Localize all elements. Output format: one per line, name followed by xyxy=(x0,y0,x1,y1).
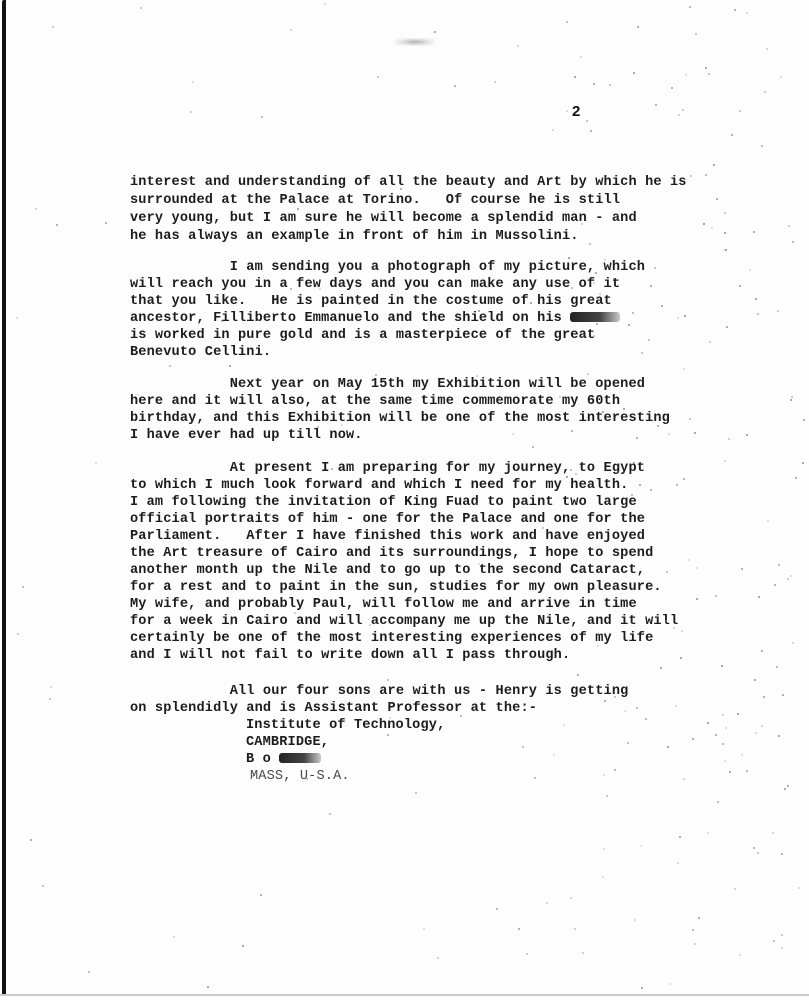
text-line: official portraits of him - one for the … xyxy=(130,511,645,528)
noise-speck xyxy=(776,666,778,668)
noise-speck xyxy=(641,987,643,989)
noise-speck xyxy=(639,484,641,486)
noise-speck xyxy=(728,438,730,440)
noise-speck xyxy=(494,81,496,83)
noise-speck xyxy=(553,754,555,756)
noise-speck xyxy=(671,87,673,89)
smudged-word: breast xyxy=(570,312,620,322)
text-line: the Art treasure of Cairo and its surrou… xyxy=(130,545,653,562)
noise-speck xyxy=(454,85,456,87)
noise-speck xyxy=(269,514,271,516)
noise-speck xyxy=(602,876,604,878)
noise-speck xyxy=(614,769,616,771)
noise-speck xyxy=(52,26,54,28)
text-line-with-smudge: ancestor, Filliberto Emmanuelo and the s… xyxy=(130,310,620,327)
noise-speck xyxy=(648,339,650,341)
noise-speck xyxy=(655,104,657,106)
noise-speck xyxy=(778,735,780,737)
noise-speck xyxy=(781,853,783,855)
text-line: I am sending you a photograph of my pict… xyxy=(130,259,645,276)
page-left-edge-shadow xyxy=(2,0,6,995)
noise-speck xyxy=(290,29,292,31)
noise-speck xyxy=(790,399,792,401)
noise-speck xyxy=(703,223,705,225)
text-line: is worked in pure gold and is a masterpi… xyxy=(130,327,595,344)
address-line-with-smudge: B o ston, xyxy=(246,751,321,768)
noise-speck xyxy=(661,305,663,307)
noise-speck xyxy=(761,145,763,147)
noise-speck xyxy=(777,310,779,312)
noise-speck xyxy=(764,91,766,93)
noise-speck xyxy=(603,774,605,776)
noise-speck xyxy=(757,852,759,854)
noise-speck xyxy=(709,341,711,343)
smudged-word: ston, xyxy=(279,753,321,763)
noise-speck xyxy=(692,738,694,740)
noise-speck xyxy=(534,777,536,779)
noise-speck xyxy=(496,908,498,910)
noise-speck xyxy=(568,257,570,259)
noise-speck xyxy=(778,564,780,566)
text-line: very young, but I am sure he will become… xyxy=(130,210,637,227)
noise-speck xyxy=(792,241,794,243)
noise-speck xyxy=(692,929,694,931)
noise-speck xyxy=(207,986,209,988)
noise-speck xyxy=(689,6,691,8)
text-line: to which I much look forward and which I… xyxy=(130,477,628,494)
noise-speck xyxy=(746,12,748,14)
noise-speck xyxy=(694,432,696,434)
address-line: MASS, U-S.A. xyxy=(250,768,350,785)
noise-speck xyxy=(375,374,377,376)
noise-speck xyxy=(739,954,741,956)
noise-speck xyxy=(681,630,683,632)
noise-speck xyxy=(329,813,331,815)
noise-speck xyxy=(17,633,19,635)
noise-speck xyxy=(734,9,736,11)
noise-speck xyxy=(724,212,726,214)
noise-speck xyxy=(387,679,389,681)
noise-speck xyxy=(654,267,656,269)
noise-speck xyxy=(753,231,755,233)
noise-speck xyxy=(640,845,642,847)
address-line: CAMBRIDGE, xyxy=(246,734,329,751)
text-line: will reach you in a few days and you can… xyxy=(130,276,620,293)
noise-speck xyxy=(715,734,717,736)
noise-speck xyxy=(574,76,576,78)
noise-speck xyxy=(95,462,97,464)
noise-speck xyxy=(734,888,736,890)
noise-speck xyxy=(673,627,675,629)
noise-speck xyxy=(530,302,532,304)
text-line: All our four sons are with us - Henry is… xyxy=(130,683,628,700)
noise-speck xyxy=(532,446,534,448)
text-line: My wife, and probably Paul, will follow … xyxy=(130,596,637,613)
noise-speck xyxy=(713,164,715,166)
noise-speck xyxy=(650,285,652,287)
noise-speck xyxy=(755,732,757,734)
noise-speck xyxy=(546,902,548,904)
noise-speck xyxy=(731,134,733,136)
noise-speck xyxy=(229,365,231,367)
noise-speck xyxy=(190,111,192,113)
noise-speck xyxy=(698,917,700,919)
noise-speck xyxy=(717,801,719,803)
noise-speck xyxy=(684,315,686,317)
noise-speck xyxy=(609,84,611,86)
noise-speck xyxy=(377,76,379,78)
noise-speck xyxy=(716,198,718,200)
noise-speck xyxy=(774,584,776,586)
ink-smudge xyxy=(395,38,435,46)
noise-speck xyxy=(741,754,743,756)
noise-speck xyxy=(628,324,630,326)
noise-speck xyxy=(685,74,687,76)
noise-speck xyxy=(688,559,690,561)
text-line: interest and understanding of all the be… xyxy=(130,174,687,191)
text-line: for a week in Cairo and will accompany m… xyxy=(130,613,678,630)
noise-speck xyxy=(261,116,263,118)
noise-speck xyxy=(754,679,756,681)
noise-speck xyxy=(624,710,626,712)
document-page: 2 interest and understanding of all the … xyxy=(0,0,809,1000)
noise-speck xyxy=(627,742,629,744)
noise-speck xyxy=(50,686,52,688)
noise-speck xyxy=(788,225,790,227)
noise-speck xyxy=(795,477,797,479)
noise-speck xyxy=(722,714,724,716)
noise-speck xyxy=(683,478,685,480)
noise-speck xyxy=(757,313,759,315)
noise-speck xyxy=(668,433,670,435)
noise-speck xyxy=(522,746,524,748)
noise-speck xyxy=(682,109,684,111)
noise-speck xyxy=(517,45,519,47)
noise-speck xyxy=(782,694,784,696)
noise-speck xyxy=(631,494,633,496)
noise-speck xyxy=(696,598,698,600)
noise-speck xyxy=(696,567,698,569)
noise-speck xyxy=(636,707,638,709)
noise-speck xyxy=(49,698,51,700)
text-line: another month up the Nile and to go up t… xyxy=(130,562,645,579)
noise-speck xyxy=(437,957,439,959)
noise-speck xyxy=(683,778,685,780)
noise-speck xyxy=(140,7,142,9)
text-line: Benevuto Cellini. xyxy=(130,344,271,361)
noise-speck xyxy=(606,795,608,797)
noise-speck xyxy=(632,312,634,314)
noise-speck xyxy=(725,727,727,729)
noise-speck xyxy=(724,232,726,234)
noise-speck xyxy=(690,175,692,177)
noise-speck xyxy=(694,943,696,945)
text-fragment: B o xyxy=(246,752,279,767)
noise-speck xyxy=(476,375,478,377)
noise-speck xyxy=(781,934,783,936)
text-fragment: ancestor, Filliberto Emmanuelo and the s… xyxy=(130,311,562,326)
noise-speck xyxy=(512,433,514,435)
noise-speck xyxy=(593,83,595,85)
noise-speck xyxy=(787,785,789,787)
noise-speck xyxy=(739,285,741,287)
noise-speck xyxy=(518,928,520,930)
noise-speck xyxy=(324,3,326,5)
noise-speck xyxy=(641,352,643,354)
text-line: Parliament. After I have finished this w… xyxy=(130,528,645,545)
noise-speck xyxy=(666,571,668,573)
noise-speck xyxy=(721,665,723,667)
noise-speck xyxy=(35,208,37,210)
noise-speck xyxy=(772,832,774,834)
noise-speck xyxy=(792,642,794,644)
noise-speck xyxy=(552,129,554,131)
noise-speck xyxy=(680,657,682,659)
noise-speck xyxy=(423,928,425,930)
noise-speck xyxy=(587,373,589,375)
noise-speck xyxy=(570,897,572,899)
noise-speck xyxy=(22,586,24,588)
noise-speck xyxy=(707,722,709,724)
text-line: for a rest and to paint in the sun, stud… xyxy=(130,579,662,596)
noise-speck xyxy=(715,595,717,597)
noise-speck xyxy=(802,462,804,464)
page-number: 2 xyxy=(572,103,580,120)
noise-speck xyxy=(781,947,783,949)
noise-speck xyxy=(589,243,591,245)
noise-speck xyxy=(460,715,462,717)
noise-speck xyxy=(645,718,647,720)
noise-speck xyxy=(683,368,685,370)
text-line: Next year on May 15th my Exhibition will… xyxy=(130,376,645,393)
noise-speck xyxy=(586,120,588,122)
noise-speck xyxy=(88,971,90,973)
noise-speck xyxy=(42,885,44,887)
noise-speck xyxy=(679,836,681,838)
noise-speck xyxy=(637,26,639,28)
noise-speck xyxy=(784,788,786,790)
noise-speck xyxy=(695,33,697,35)
noise-speck xyxy=(169,365,171,367)
noise-speck xyxy=(105,222,107,224)
noise-speck xyxy=(677,317,679,319)
noise-speck xyxy=(590,130,592,132)
noise-speck xyxy=(705,174,707,176)
noise-speck xyxy=(780,76,782,78)
noise-speck xyxy=(650,489,652,491)
noise-speck xyxy=(476,503,478,505)
noise-speck xyxy=(306,778,308,780)
noise-speck xyxy=(614,696,616,698)
noise-speck xyxy=(563,724,565,726)
noise-speck xyxy=(387,734,389,736)
noise-speck xyxy=(722,743,724,745)
noise-speck xyxy=(192,81,194,83)
noise-speck xyxy=(705,67,707,69)
noise-speck xyxy=(707,832,709,834)
noise-speck xyxy=(660,667,662,669)
noise-speck xyxy=(798,887,800,889)
noise-speck xyxy=(604,700,606,702)
noise-speck xyxy=(737,713,739,715)
noise-speck xyxy=(677,862,679,864)
text-line: I am following the invitation of King Fu… xyxy=(130,494,637,511)
noise-speck xyxy=(708,73,710,75)
address-line: Institute of Technology, xyxy=(246,717,445,734)
noise-speck xyxy=(791,396,793,398)
text-line: on splendidly and is Assistant Professor… xyxy=(130,700,537,717)
noise-speck xyxy=(675,705,677,707)
noise-speck xyxy=(739,110,741,112)
noise-speck xyxy=(566,21,568,23)
noise-speck xyxy=(634,919,636,921)
noise-speck xyxy=(230,623,232,625)
noise-speck xyxy=(725,249,727,251)
noise-speck xyxy=(755,298,757,300)
noise-speck xyxy=(580,56,582,58)
noise-speck xyxy=(729,771,731,773)
noise-speck xyxy=(574,928,576,930)
noise-speck xyxy=(559,396,561,398)
noise-speck xyxy=(415,792,417,794)
noise-speck xyxy=(667,746,669,748)
noise-speck xyxy=(689,418,691,420)
text-line: At present I am preparing for my journey… xyxy=(130,460,645,477)
noise-speck xyxy=(741,568,743,570)
noise-speck xyxy=(16,317,18,319)
noise-speck xyxy=(724,760,726,762)
noise-speck xyxy=(790,575,792,577)
noise-speck xyxy=(633,72,635,74)
text-line: and I will not fail to write down all I … xyxy=(130,647,570,664)
noise-speck xyxy=(758,596,760,598)
noise-speck xyxy=(599,293,601,295)
text-line: here and it will also, at the same time … xyxy=(130,393,620,410)
text-line: that you like. He is painted in the cost… xyxy=(130,293,612,310)
noise-speck xyxy=(761,650,763,652)
noise-speck xyxy=(603,848,605,850)
noise-speck xyxy=(746,770,748,772)
noise-speck xyxy=(767,520,769,522)
noise-speck xyxy=(711,227,713,229)
text-line: certainly be one of the most interesting… xyxy=(130,630,653,647)
noise-speck xyxy=(761,725,763,727)
noise-speck xyxy=(787,578,789,580)
noise-speck xyxy=(173,936,175,938)
noise-speck xyxy=(571,287,573,289)
noise-speck xyxy=(56,224,58,226)
noise-speck xyxy=(678,114,680,116)
noise-speck xyxy=(636,437,638,439)
noise-speck xyxy=(726,326,728,328)
noise-speck xyxy=(526,953,528,955)
noise-speck xyxy=(753,847,755,849)
noise-speck xyxy=(582,952,584,954)
noise-speck xyxy=(773,940,775,942)
noise-speck xyxy=(763,696,765,698)
noise-speck xyxy=(669,983,671,985)
noise-speck xyxy=(749,269,751,271)
page-bottom-edge xyxy=(0,994,809,996)
noise-speck xyxy=(724,460,726,462)
text-line: surrounded at the Palace at Torino. Of c… xyxy=(130,192,620,209)
noise-speck xyxy=(566,110,568,112)
noise-speck xyxy=(498,398,500,400)
noise-speck xyxy=(137,394,139,396)
noise-speck xyxy=(30,839,32,841)
noise-speck xyxy=(434,31,436,33)
noise-speck xyxy=(577,674,579,676)
noise-speck xyxy=(242,945,244,947)
noise-speck xyxy=(746,434,748,436)
noise-speck xyxy=(571,430,573,432)
text-line: he has always an example in front of him… xyxy=(130,228,579,245)
noise-speck xyxy=(766,48,768,50)
noise-speck xyxy=(260,894,262,896)
text-line: I have ever had up till now. xyxy=(130,427,363,444)
noise-speck xyxy=(803,419,805,421)
text-line: birthday, and this Exhibition will be on… xyxy=(130,410,670,427)
noise-speck xyxy=(676,484,678,486)
noise-speck xyxy=(657,425,659,427)
